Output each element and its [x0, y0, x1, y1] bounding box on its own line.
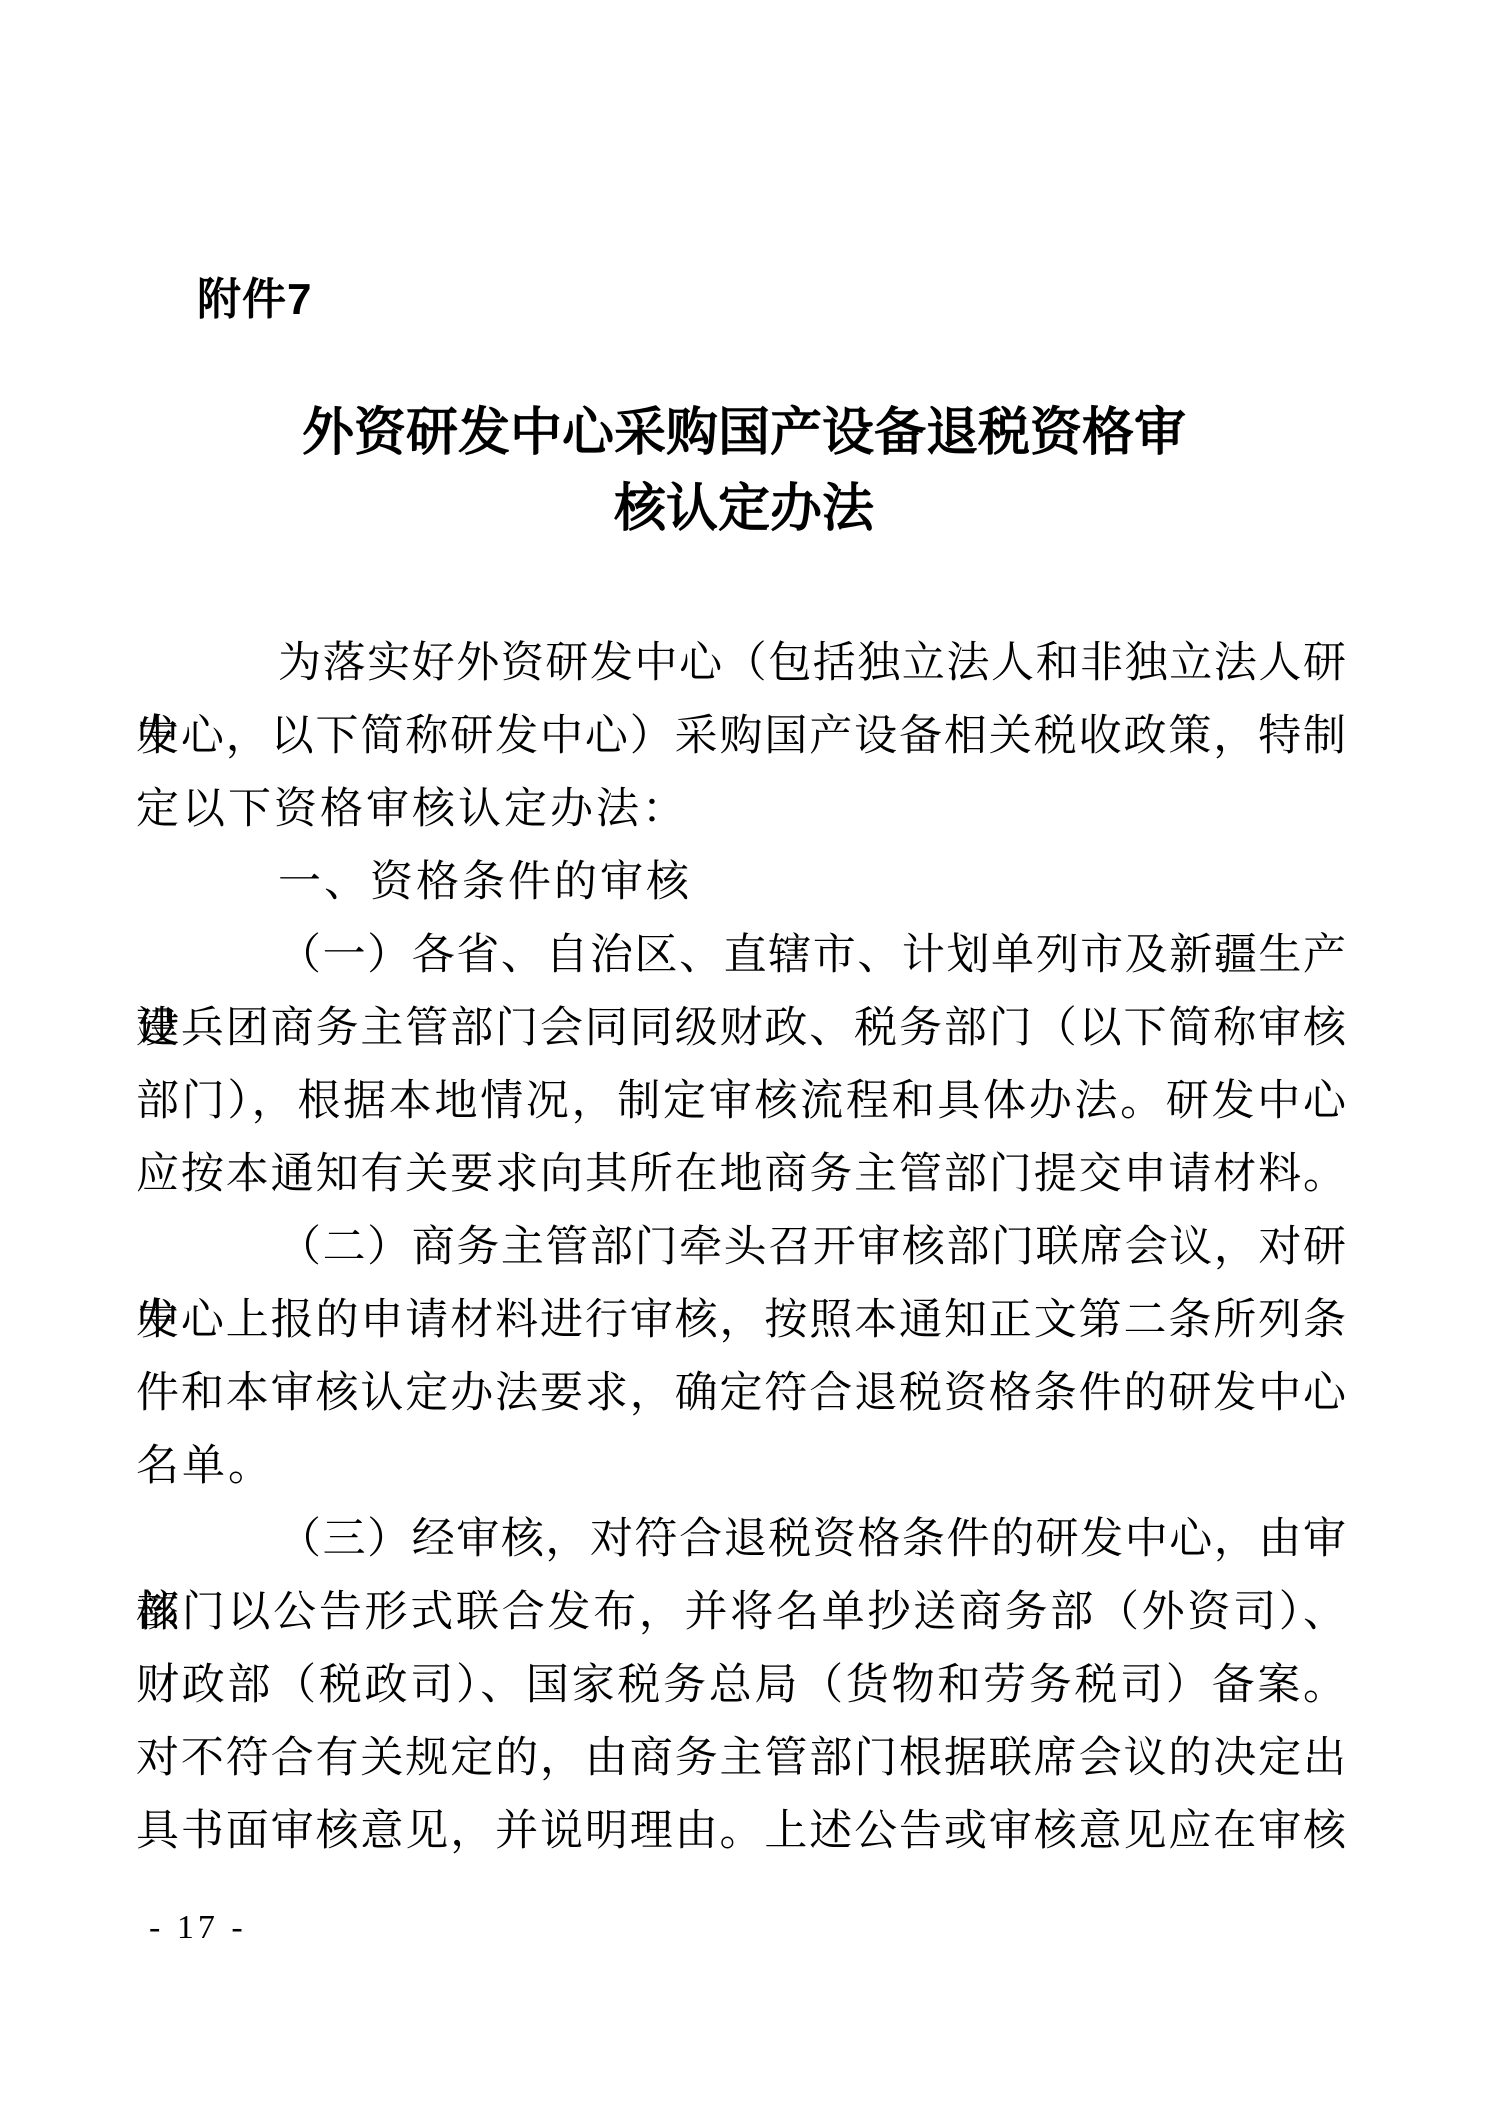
document-title: 外资研发中心采购国产设备退税资格审 核认定办法 [0, 396, 1488, 548]
attachment-label: 附件7 [197, 274, 312, 326]
document-page: 附件7 外资研发中心采购国产设备退税资格审 核认定办法 为落实好外资研发中心（包… [0, 0, 1488, 2105]
body-line: 设兵团商务主管部门会同同级财政、税务部门（以下简称审核 [136, 992, 1346, 1065]
body-line: 为落实好外资研发中心（包括独立法人和非独立法人研发 [136, 627, 1346, 700]
body-line: 具书面审核意见，并说明理由。上述公告或审核意见应在审核 [136, 1795, 1346, 1868]
body-line: 中心，以下简称研发中心）采购国产设备相关税收政策，特制 [136, 700, 1346, 773]
body-line: （一）各省、自治区、直辖市、计划单列市及新疆生产建 [136, 919, 1346, 992]
body-line: 财政部（税政司）、国家税务总局（货物和劳务税司）备案。 [136, 1649, 1346, 1722]
body-line: 应按本通知有关要求向其所在地商务主管部门提交申请材料。 [136, 1138, 1346, 1211]
body-line: 件和本审核认定办法要求，确定符合退税资格条件的研发中心 [136, 1357, 1346, 1430]
body-line: 部门以公告形式联合发布，并将名单抄送商务部（外资司）、 [136, 1576, 1346, 1649]
body-line: （二）商务主管部门牵头召开审核部门联席会议，对研发 [136, 1211, 1346, 1284]
document-body: 为落实好外资研发中心（包括独立法人和非独立法人研发 中心，以下简称研发中心）采购… [136, 627, 1346, 1868]
document-title-line-1: 外资研发中心采购国产设备退税资格审 [0, 396, 1488, 472]
body-line: 定以下资格审核认定办法： [136, 773, 1346, 846]
body-line: 一、资格条件的审核 [136, 846, 1346, 919]
body-line: 部门），根据本地情况，制定审核流程和具体办法。研发中心 [136, 1065, 1346, 1138]
page-number: - 17 - [149, 1906, 247, 1950]
body-line: （三）经审核，对符合退税资格条件的研发中心，由审核 [136, 1503, 1346, 1576]
document-title-line-2: 核认定办法 [0, 472, 1488, 548]
body-line: 中心上报的申请材料进行审核，按照本通知正文第二条所列条 [136, 1284, 1346, 1357]
body-line: 对不符合有关规定的，由商务主管部门根据联席会议的决定出 [136, 1722, 1346, 1795]
body-line: 名单。 [136, 1430, 1346, 1503]
